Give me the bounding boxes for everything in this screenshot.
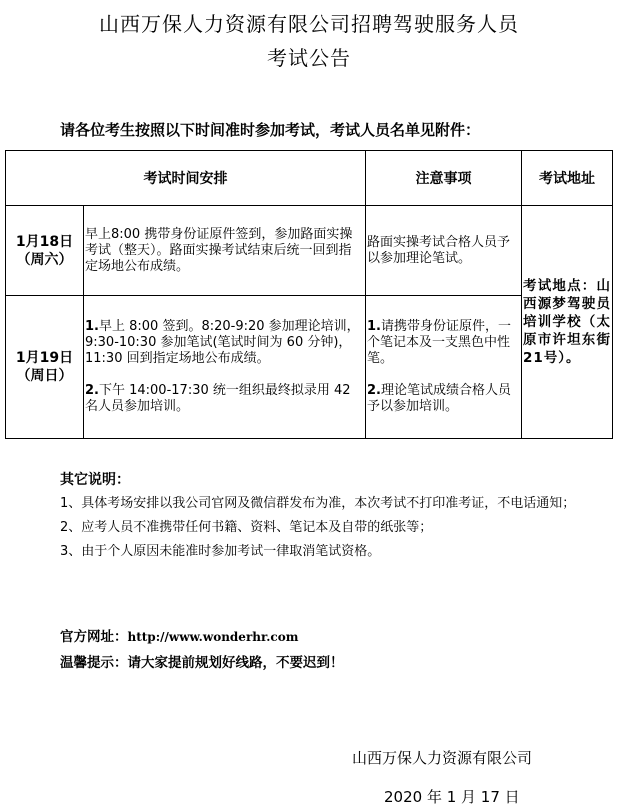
table-row: 1月18日 （周六） 早上8:00 携带身份证原件签到，参加路面实操考试（整天）… (6, 206, 613, 296)
schedule-cell: 1.早上 8:00 签到。8:20-9:20 参加理论培训，9:30-10:30… (84, 296, 366, 439)
header-address: 考试地址 (522, 151, 613, 206)
schedule-item: 2.下午 14:00-17:30 统一组织最终拟录用 42 名人员参加培训。 (85, 383, 364, 415)
date-cell: 1月19日 （周日） (6, 296, 84, 439)
website-line: 官方网址：http://www.wonderhr.com (60, 624, 344, 650)
contact-info: 官方网址：http://www.wonderhr.com 温馨提示：请大家提前规… (60, 624, 344, 676)
signature-date: 2020 年 1 月 17 日 (384, 786, 520, 807)
notes-cell: 路面实操考试合格人员予以参加理论笔试。 (366, 206, 522, 296)
title-line-1: 山西万保人力资源有限公司招聘驾驶服务人员 (0, 8, 618, 37)
date: 1月18日 (7, 233, 82, 251)
schedule-table: 考试时间安排 注意事项 考试地址 1月18日 （周六） 早上8:00 携带身份证… (5, 150, 613, 439)
header-schedule: 考试时间安排 (6, 151, 366, 206)
table-header-row: 考试时间安排 注意事项 考试地址 (6, 151, 613, 206)
reminder-label: 温馨提示： (60, 655, 128, 671)
website-label: 官方网址： (60, 629, 128, 645)
notes-item: 2.理论笔试成绩合格人员予以参加培训。 (367, 383, 520, 415)
notes-item: 1.请携带身份证原件，一个笔记本及一支黑色中性笔。 (367, 319, 520, 367)
date: 1月19日 (7, 349, 82, 367)
note-item: 3、由于个人原因未能准时参加考试一律取消笔试资格。 (60, 540, 580, 564)
other-notes-heading: 其它说明： (60, 468, 580, 492)
table-row: 1月19日 （周日） 1.早上 8:00 签到。8:20-9:20 参加理论培训… (6, 296, 613, 439)
schedule-text: 早上8:00 携带身份证原件签到，参加路面实操考试（整天）。路面实操考试结束后统… (85, 227, 364, 275)
notes-cell: 1.请携带身份证原件，一个笔记本及一支黑色中性笔。 2.理论笔试成绩合格人员予以… (366, 296, 522, 439)
date-cell: 1月18日 （周六） (6, 206, 84, 296)
reminder-line: 温馨提示：请大家提前规划好线路，不要迟到！ (60, 650, 344, 676)
website-link[interactable]: http://www.wonderhr.com (128, 630, 299, 644)
address-cell: 考试地点：山西源梦驾驶员培训学校（太原市许坦东街 21号）。 (522, 206, 613, 439)
reminder-text: 请大家提前规划好线路，不要迟到！ (128, 655, 344, 671)
title-line-2: 考试公告 (0, 42, 618, 71)
schedule-cell: 早上8:00 携带身份证原件签到，参加路面实操考试（整天）。路面实操考试结束后统… (84, 206, 366, 296)
other-notes: 其它说明： 1、具体考场安排以我公司官网及微信群发布为准，本次考试不打印准考证，… (60, 468, 580, 564)
weekday: （周六） (7, 251, 82, 269)
weekday: （周日） (7, 367, 82, 385)
note-item: 1、具体考场安排以我公司官网及微信群发布为准，本次考试不打印准考证，不电话通知； (60, 492, 580, 516)
intro-text: 请各位考生按照以下时间准时参加考试，考试人员名单见附件： (60, 119, 480, 140)
header-notes: 注意事项 (366, 151, 522, 206)
signature-company: 山西万保人力资源有限公司 (352, 747, 532, 768)
schedule-item: 1.早上 8:00 签到。8:20-9:20 参加理论培训，9:30-10:30… (85, 319, 364, 367)
notes-text: 路面实操考试合格人员予以参加理论笔试。 (367, 235, 520, 267)
note-item: 2、应考人员不准携带任何书籍、资料、笔记本及自带的纸张等； (60, 516, 580, 540)
